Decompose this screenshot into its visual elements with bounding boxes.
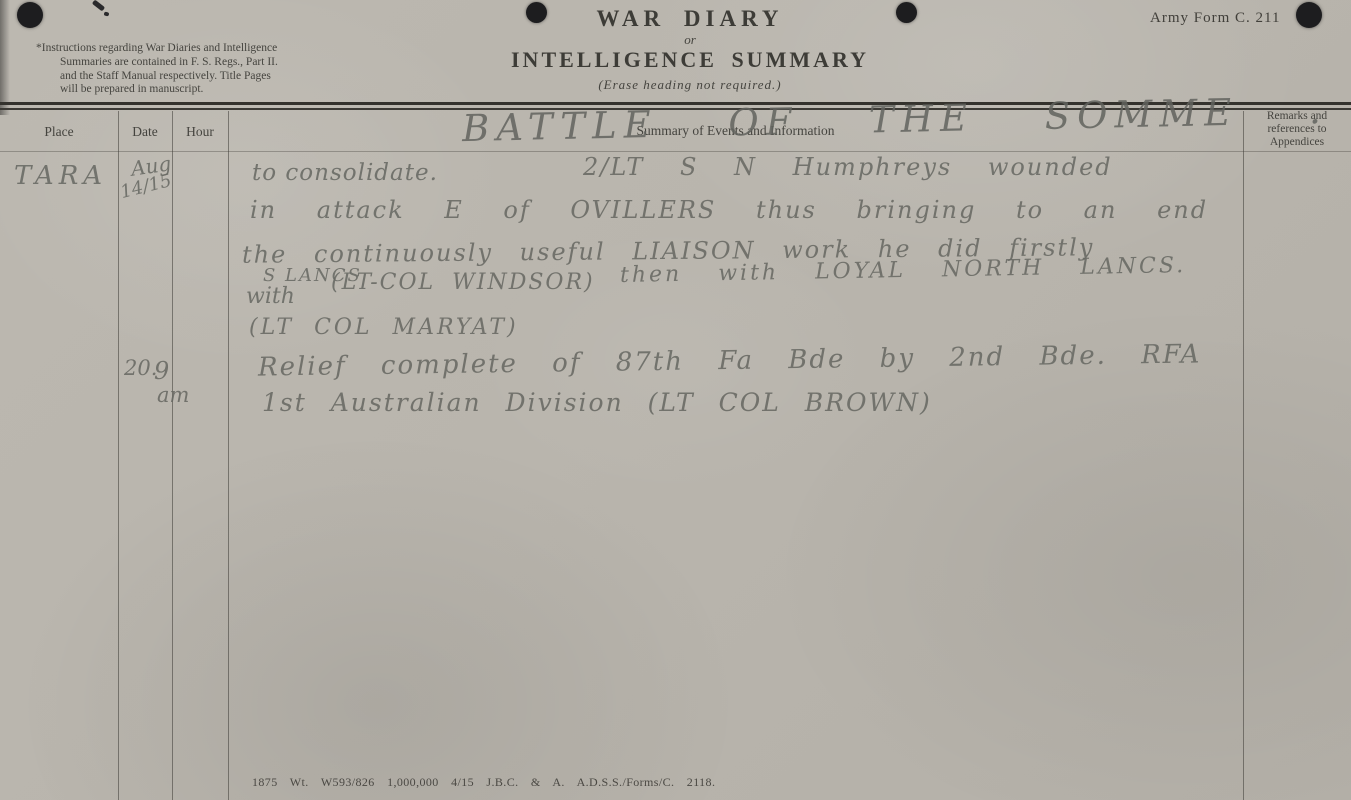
entry1-line4-windsor: (LT-COL WINDSOR) bbox=[331, 270, 595, 295]
form-instructions: *Instructions regarding War Diaries and … bbox=[36, 42, 366, 97]
punch-hole-icon bbox=[17, 2, 43, 28]
column-header-hour: Hour bbox=[172, 124, 228, 140]
form-title-note: (Erase heading not required.) bbox=[455, 77, 925, 93]
entry2-date: 20. bbox=[124, 356, 157, 380]
entry2-hour-meridiem: am bbox=[157, 383, 189, 407]
column-divider-place-date bbox=[118, 111, 119, 800]
entry1-line1a: to consolidate. bbox=[252, 160, 438, 186]
handwritten-page-heading: BATTLE OF THE SOMME . bbox=[462, 89, 1328, 150]
form-title-war-diary: WAR DIARY bbox=[455, 6, 925, 32]
header-row-divider bbox=[0, 151, 1351, 152]
ink-mark-icon bbox=[92, 0, 105, 11]
army-form-number: Army Form C. 211 bbox=[1150, 10, 1280, 27]
form-title-intelligence-summary: INTELLIGENCE SUMMARY bbox=[455, 47, 925, 73]
remarks-header-line: Appendices bbox=[1243, 136, 1351, 149]
instructions-line: Summaries are contained in F. S. Regs., … bbox=[36, 56, 366, 70]
column-divider-hour-summary bbox=[228, 111, 229, 800]
column-divider-date-hour bbox=[172, 111, 173, 800]
war-diary-form-page: *Instructions regarding War Diaries and … bbox=[0, 0, 1351, 800]
entry2-line1: Relief complete of 87th Fa Bde by 2nd Bd… bbox=[258, 339, 1202, 382]
column-header-place: Place bbox=[0, 124, 118, 140]
entry2-hour-time: 9 bbox=[154, 357, 169, 385]
entry1-line1b: 2/LT S N Humphreys wounded bbox=[583, 153, 1113, 181]
entry1-date-days: 14/15 bbox=[118, 170, 173, 203]
entry1-line2: in attack E of OVILLERS thus bringing to… bbox=[250, 196, 1208, 224]
entry1-line4-with: with bbox=[246, 284, 295, 309]
column-divider-summary-remarks bbox=[1243, 111, 1244, 800]
printer-imprint: 1875 Wt. W593/826 1,000,000 4/15 J.B.C. … bbox=[252, 775, 715, 790]
ink-mark-icon bbox=[104, 11, 110, 16]
instructions-line: will be prepared in manuscript. bbox=[36, 83, 366, 97]
entry2-line2: 1st Australian Division (LT COL BROWN) bbox=[262, 388, 932, 417]
entry1-place: TARA bbox=[14, 161, 107, 191]
form-title-or: or bbox=[455, 32, 925, 48]
instructions-line: *Instructions regarding War Diaries and … bbox=[36, 42, 366, 56]
punch-hole-icon bbox=[1296, 2, 1322, 28]
entry1-line5-maryat: (LT COL MARYAT) bbox=[249, 315, 519, 340]
instructions-line: and the Staff Manual respectively. Title… bbox=[36, 70, 366, 84]
paper-edge-shadow bbox=[0, 0, 11, 115]
column-header-date: Date bbox=[118, 124, 172, 140]
